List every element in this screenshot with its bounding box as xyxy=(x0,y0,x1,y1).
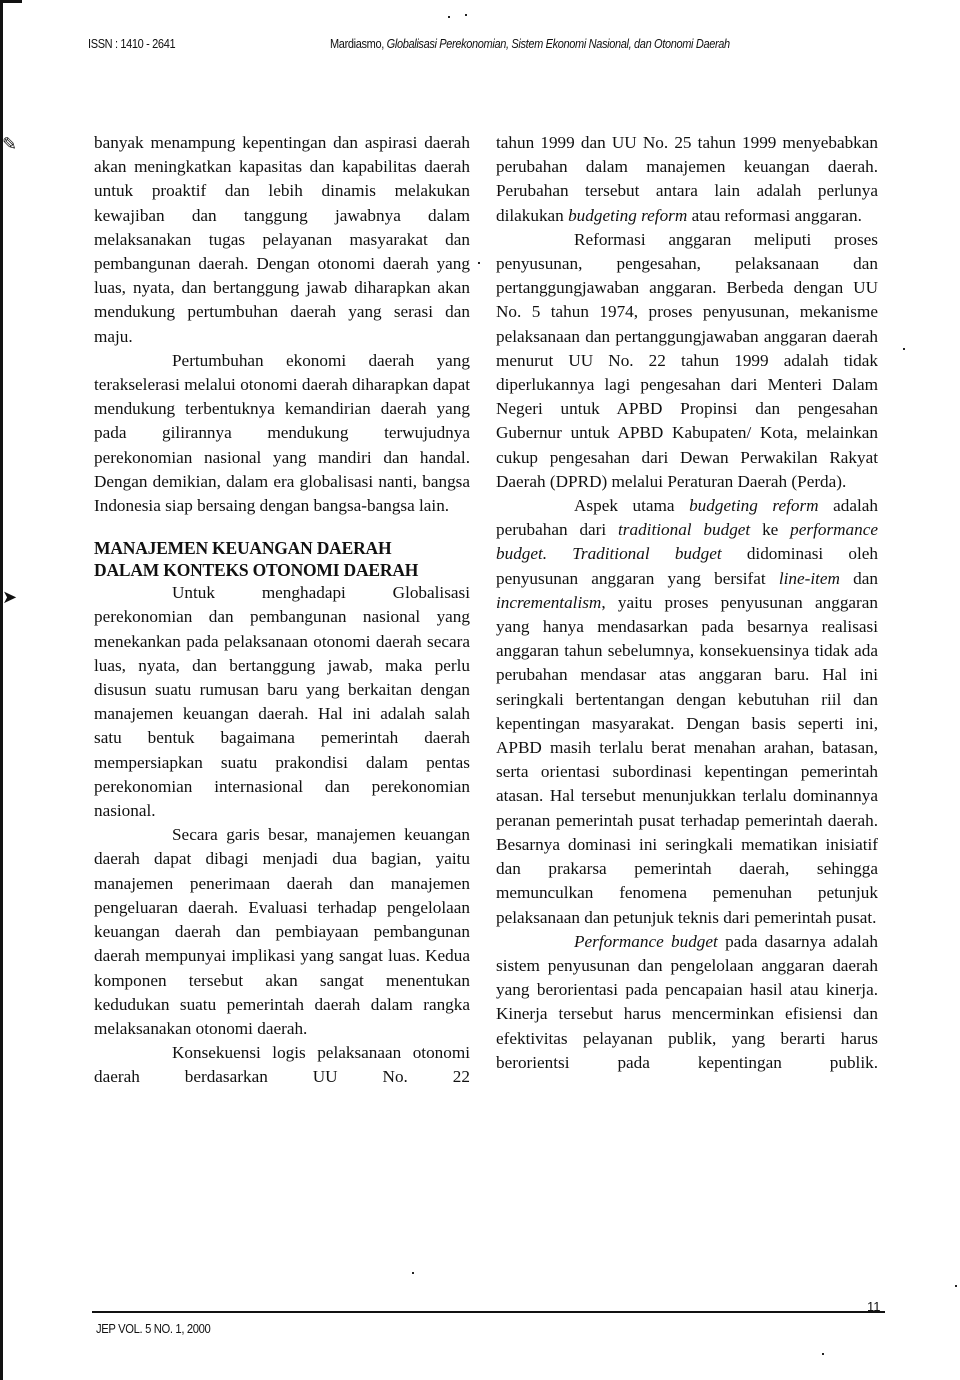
margin-mark-icon: ✎ xyxy=(2,135,17,153)
page-number: 11 xyxy=(867,1299,881,1314)
text-run: , yaitu proses penyusunan anggaran yang … xyxy=(496,593,878,927)
paragraph: Secara garis besar, manajemen keuangan d… xyxy=(94,823,470,1041)
paragraph: Konsekuensi logis pelaksanaan otonomi da… xyxy=(94,1041,470,1089)
running-header: ISSN : 1410 - 2641 Mardiasmo, Globalisas… xyxy=(88,37,774,57)
paragraph: banyak menampung kepentingan dan aspiras… xyxy=(94,131,470,349)
scan-edge-left xyxy=(0,0,3,1380)
text-run: ke xyxy=(750,520,790,539)
article-citation: Mardiasmo, Globalisasi Perekonomian, Sis… xyxy=(330,37,730,51)
paragraph: Untuk menghadapi Globalisasi perekonomia… xyxy=(94,581,470,823)
text-run: dan xyxy=(840,569,878,588)
section-heading: MANAJEMEN KEUANGAN DAERAH DALAM KONTEKS … xyxy=(94,537,470,581)
text-run: atau reformasi anggaran. xyxy=(687,206,862,225)
paragraph: Performance budget pada dasarnya adalah … xyxy=(496,930,878,1075)
scan-speck xyxy=(903,348,905,350)
italic-term: traditional budget xyxy=(618,520,750,539)
italic-term: budgeting reform xyxy=(689,496,818,515)
left-column: banyak menampung kepentingan dan aspiras… xyxy=(94,131,470,1090)
paragraph: Pertumbuhan ekonomi daerah yang teraksel… xyxy=(94,349,470,518)
section-heading-line: MANAJEMEN KEUANGAN DAERAH xyxy=(94,537,470,559)
scan-edge-top xyxy=(0,0,22,3)
journal-footer: JEP VOL. 5 NO. 1, 2000 xyxy=(96,1322,210,1336)
right-column: tahun 1999 dan UU No. 25 tahun 1999 meny… xyxy=(496,131,878,1075)
scan-speck xyxy=(412,1272,414,1274)
footer-rule xyxy=(92,1311,885,1313)
scan-speck xyxy=(448,16,450,18)
italic-term: incrementalism xyxy=(496,593,601,612)
scan-speck xyxy=(478,262,480,264)
margin-mark-icon: ➤ xyxy=(2,588,17,606)
text-run: Aspek utama xyxy=(574,496,689,515)
scan-speck xyxy=(955,1285,957,1287)
author: Mardiasmo, xyxy=(330,37,384,51)
issn: ISSN : 1410 - 2641 xyxy=(88,37,175,51)
paragraph: Reformasi anggaran meliputi proses penyu… xyxy=(496,228,878,494)
scan-speck xyxy=(822,1353,824,1355)
italic-term: line-item xyxy=(779,569,840,588)
scan-speck xyxy=(465,14,467,16)
article-title: Globalisasi Perekonomian, Sistem Ekonomi… xyxy=(387,37,730,51)
italic-term: Performance budget xyxy=(574,932,718,951)
italic-term: budgeting reform xyxy=(568,206,687,225)
paragraph: tahun 1999 dan UU No. 25 tahun 1999 meny… xyxy=(496,131,878,228)
paragraph: Aspek utama budgeting reform adalah peru… xyxy=(496,494,878,930)
section-heading-line: DALAM KONTEKS OTONOMI DAERAH xyxy=(94,559,470,581)
text-run: pada dasarnya adalah sistem penyusunan d… xyxy=(496,932,878,1072)
